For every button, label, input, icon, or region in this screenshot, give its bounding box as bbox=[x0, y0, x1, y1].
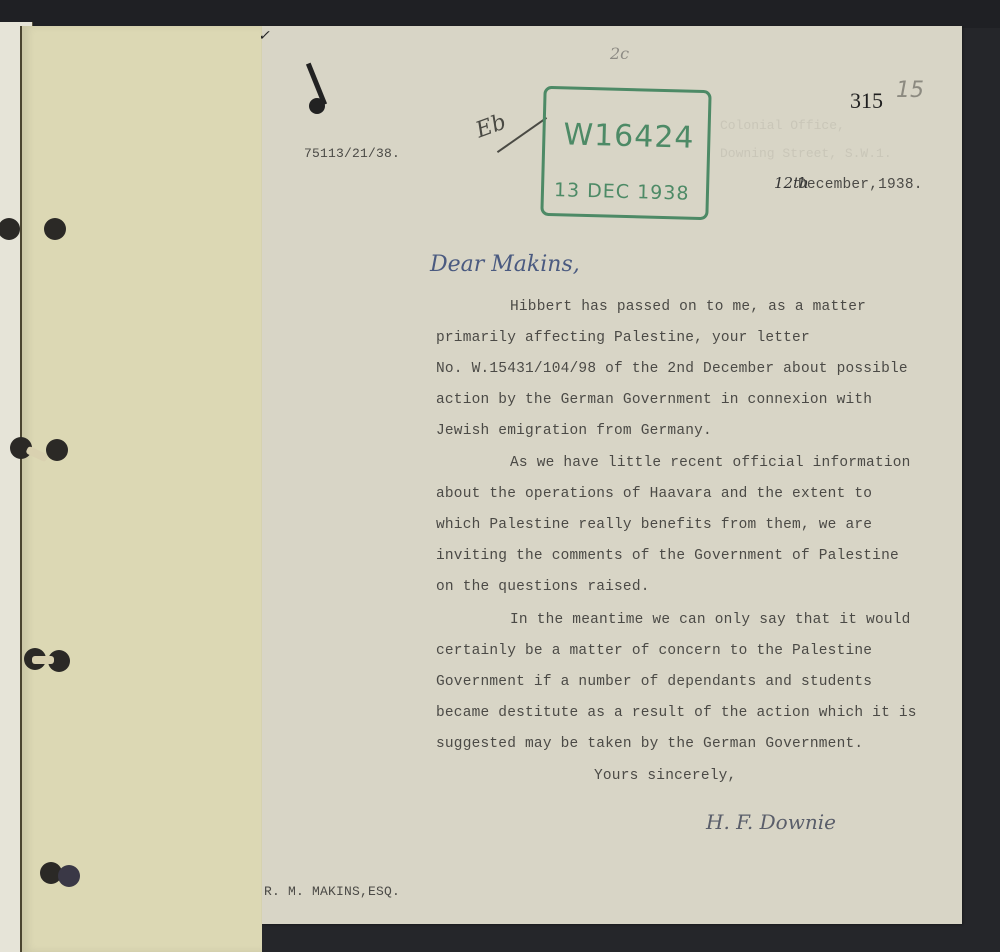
body-line: which Palestine really benefits from the… bbox=[436, 517, 872, 533]
addressee: R. M. MAKINS,ESQ. bbox=[264, 884, 400, 899]
dark-background bbox=[0, 0, 1000, 28]
corner-tick-mark: ✓ bbox=[258, 28, 270, 44]
body-line: suggested may be taken by the German Gov… bbox=[436, 736, 863, 752]
folio-handwritten: 15 bbox=[896, 78, 924, 103]
file-annotation: Eb bbox=[473, 110, 510, 144]
closing: Yours sincerely, bbox=[594, 768, 736, 784]
date-typed: December,1938. bbox=[798, 177, 923, 193]
stamp-date: 13 DEC 1938 bbox=[554, 179, 690, 205]
stamp-number: W16424 bbox=[563, 117, 695, 155]
binder-backing-sheet bbox=[20, 26, 262, 952]
body-line: Jewish emigration from Germany. bbox=[436, 423, 712, 439]
body-line: became destitute as a result of the acti… bbox=[436, 705, 917, 721]
body-line: Government if a number of dependants and… bbox=[436, 674, 872, 690]
folio-number: 315 bbox=[850, 88, 883, 114]
salutation: Dear Makins, bbox=[430, 252, 580, 277]
file-reference: 75113/21/38. bbox=[304, 146, 400, 161]
letter-page: ✓ 75113/21/38. 2c Eb W16424 13 DEC 1938 … bbox=[262, 26, 962, 924]
body-line: Hibbert has passed on to me, as a matter bbox=[510, 299, 866, 315]
body-line: about the operations of Haavara and the … bbox=[436, 486, 872, 502]
registry-stamp: W16424 13 DEC 1938 bbox=[540, 86, 711, 220]
body-line: primarily affecting Palestine, your lett… bbox=[436, 330, 810, 346]
body-line: action by the German Government in conne… bbox=[436, 392, 872, 408]
body-line: on the questions raised. bbox=[436, 579, 650, 595]
punch-hole bbox=[44, 218, 66, 240]
punch-hole bbox=[46, 439, 68, 461]
punch-hole bbox=[58, 865, 80, 887]
body-line: No. W.15431/104/98 of the 2nd December a… bbox=[436, 361, 908, 377]
signature: H. F. Downie bbox=[706, 810, 836, 834]
body-line: certainly be a matter of concern to the … bbox=[436, 643, 872, 659]
ink-dot-mark bbox=[309, 98, 325, 114]
body-line: inviting the comments of the Government … bbox=[436, 548, 899, 564]
body-line: In the meantime we can only say that it … bbox=[510, 612, 911, 628]
letterhead-line-1: Colonial Office, bbox=[720, 118, 845, 133]
body-line: As we have little recent official inform… bbox=[510, 455, 911, 471]
treasury-tag-string bbox=[32, 656, 54, 664]
pencil-note: 2c bbox=[610, 44, 629, 63]
letterhead-line-2: Downing Street, S.W.1. bbox=[720, 146, 892, 161]
